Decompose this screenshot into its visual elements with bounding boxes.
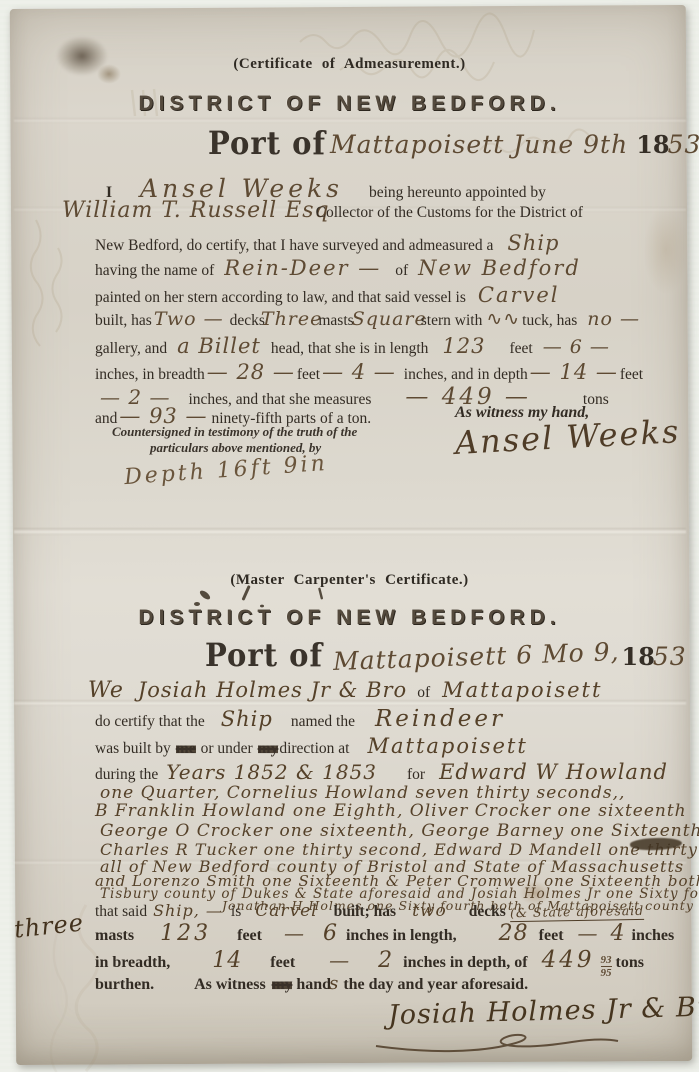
cert1-district-heading: DISTRICT OF NEW BEDFORD. (0, 92, 699, 116)
cert2-line5: that said Ship, — is Carvel built; has t… (95, 901, 644, 921)
owners-line: one Quarter, Cornelius Howland seven thi… (100, 783, 625, 803)
cert2-line4: during the Years 1852 & 1853 for Edward … (95, 760, 668, 784)
printed-text: As witness (194, 976, 266, 994)
printed-text: feet (620, 366, 643, 384)
owner-name: Edward W Howland (439, 760, 668, 784)
struck-word: me (176, 740, 196, 758)
printed-text: feet (539, 927, 564, 945)
build-type: Carvel (478, 283, 560, 307)
breadth-feet: 28 (499, 921, 529, 946)
printed-text: feet (509, 340, 532, 358)
mast-count: Three (261, 308, 322, 330)
home-port: New Bedford (418, 256, 581, 280)
build-years: Years 1852 & 1853 (166, 760, 377, 784)
printed-text: in breadth, (95, 954, 170, 972)
printed-text: masts (95, 927, 134, 945)
stern-type: Square (352, 308, 427, 330)
printed-text: feet (297, 366, 320, 384)
printed-text: for (407, 766, 425, 784)
port-name: Mattapoisett June 9th (330, 130, 628, 159)
owners-line: B Franklin Howland one Eighth, Oliver Cr… (95, 801, 687, 821)
depth-feet: — 14 — (530, 360, 618, 384)
plural-s: s (329, 973, 339, 994)
fraction-numerator: 93 (601, 955, 612, 966)
printed-text: direction at (279, 740, 349, 758)
port-name: Mattapoisett 6 Mo 9, (333, 637, 620, 676)
vessel-type: Ship (221, 707, 273, 731)
collector-name: William T. Russell Esq (62, 198, 330, 223)
tonnage-value: 449 (542, 947, 595, 973)
we-word: We (88, 678, 124, 703)
breadth-inches: — 4 — (322, 360, 396, 384)
printed-text: tons (616, 954, 644, 972)
length-inches: 6 (323, 921, 338, 946)
printed-text: tuck, has (522, 312, 577, 330)
printed-text: hand (296, 976, 331, 994)
cert2-district-heading: DISTRICT OF NEW BEDFORD. (0, 606, 699, 630)
depth-inches: 2 (378, 948, 393, 973)
cert2-line6: masts 123 feet — 6 inches in length, 28 … (95, 921, 674, 946)
cert1-line3: New Bedford, do certify, that I have sur… (95, 231, 559, 255)
printed-text: built; has (334, 903, 396, 921)
head-type: a Billet (177, 334, 261, 358)
printed-text: having the name of (95, 262, 214, 280)
printed-text: decks (469, 903, 506, 921)
year-handwritten: 53 (653, 642, 687, 671)
printed-text: gallery, and (95, 340, 167, 358)
length-feet: 123 (160, 921, 211, 946)
printed-text: that said (95, 903, 147, 921)
cert1-port-line: Port of Mattapoisett June 9th 18 53 (208, 126, 699, 160)
printed-text: was built by (95, 740, 171, 758)
cert2-port-line: Port of Mattapoisett 6 Mo 9, 18 53 (205, 638, 687, 672)
cert1-line2: William T. Russell Esq Collector of the … (62, 198, 583, 223)
year-printed: 18 (636, 130, 669, 159)
printed-text: during the (95, 766, 158, 784)
struck-word: my (258, 740, 279, 758)
printed-text: inches, in breadth (95, 366, 205, 384)
cert1-line7: gallery, and a Billet head, that she is … (95, 334, 610, 358)
printed-text: inches (632, 927, 675, 945)
fraction-denominator: 95 (601, 966, 612, 979)
countersigned-line1: Countersigned in testimony of the truth … (112, 424, 357, 440)
vessel-name: Reindeer (375, 706, 505, 732)
printed-text: masts (318, 312, 353, 330)
builder-name: Josiah Holmes Jr & Bro (138, 678, 407, 702)
printed-text: New Bedford, do certify, that I have sur… (95, 237, 493, 255)
cert2-title: (Master Carpenter's Certificate.) (0, 572, 699, 589)
cert2-line8: burthen. As witness my hand s the day an… (95, 973, 528, 994)
cert1-line4: having the name of Rein-Deer — of New Be… (95, 256, 581, 280)
build-type: Carvel (255, 901, 317, 921)
deck-count: two (412, 901, 447, 921)
dash: — (284, 921, 305, 945)
tuck-squiggle: ∿∿ (486, 308, 520, 330)
printed-text: painted on her stern according to law, a… (95, 289, 466, 307)
printed-text: or under (201, 740, 253, 758)
handwritten-owners: one Quarter, Cornelius Howland seven thi… (100, 783, 625, 803)
port-of-label: Port of (205, 637, 323, 674)
builder-place: Mattapoisett (442, 678, 602, 702)
cert2-line3: was built by me or under my direction at… (95, 734, 528, 758)
year-printed: 18 (622, 642, 655, 671)
fold-crease (14, 118, 686, 123)
document-scan: (Certificate of Admeasurement.) DISTRICT… (0, 0, 699, 1072)
cert2-signature-wrap: Josiah Holmes Jr & Bro, (388, 1000, 699, 1031)
length-feet: 123 (442, 334, 485, 358)
cert1-line6: built, has Two — decks Three masts Squar… (95, 308, 640, 330)
dash: — (329, 948, 350, 972)
gallery-answer: no — (587, 308, 640, 330)
breadth-inches: 4 (611, 921, 626, 946)
year-handwritten: 53 (668, 130, 699, 159)
build-place: Mattapoisett (367, 734, 527, 758)
owners-line: George O Crocker one sixteenth, George B… (100, 821, 699, 841)
printed-text: inches in length, (346, 927, 457, 945)
printed-text: Collector of the Customs for the Distric… (316, 204, 583, 222)
cert2-line2: do certify that the Ship named the Reind… (95, 706, 505, 732)
printed-text: is (231, 903, 241, 921)
dash: — (578, 921, 599, 945)
printed-text: burthen. (95, 976, 154, 994)
deck-count: Two — (154, 308, 224, 330)
printed-text: feet (270, 954, 295, 972)
port-of-label: Port of (208, 125, 326, 162)
printed-text: decks (230, 312, 265, 330)
state-aforesaid-note: (& State aforesaid (510, 903, 645, 922)
cert1-line8: inches, in breadth — 28 — feet — 4 — inc… (95, 360, 643, 384)
cert1-signature-wrap: Ansel Weeks (455, 424, 680, 462)
cert1-line5: painted on her stern according to law, a… (95, 283, 560, 307)
struck-word: my (272, 976, 293, 994)
vessel-type: Ship, — (153, 901, 223, 920)
handwritten-owners: George O Crocker one sixteenth, George B… (100, 821, 699, 841)
printed-text: inches, and in depth (404, 366, 528, 384)
printed-text: of (417, 684, 430, 702)
printed-text: the day and year aforesaid. (343, 976, 528, 994)
printed-text: head, that she is in length (271, 340, 429, 358)
cert2-line1: We Josiah Holmes Jr & Bro of Mattapoiset… (88, 678, 602, 703)
tonnage-fraction: 93 95 (601, 955, 612, 979)
printed-text: stern with (421, 312, 483, 330)
signature-flourish (372, 1028, 622, 1060)
breadth-feet: — 28 — (207, 360, 295, 384)
printed-text: inches in depth, of (403, 954, 527, 972)
cert1-title: (Certificate of Admeasurement.) (0, 56, 699, 73)
printed-text: built, has (95, 312, 152, 330)
depth-feet: 14 (212, 948, 242, 973)
handwritten-owners: B Franklin Howland one Eighth, Oliver Cr… (95, 801, 687, 821)
printed-text: do certify that the (95, 713, 205, 731)
printed-text: feet (237, 927, 262, 945)
fold-crease (14, 528, 686, 535)
vessel-type: Ship (507, 231, 559, 255)
vessel-name: Rein-Deer — (224, 256, 381, 280)
printed-text: named the (291, 713, 355, 731)
length-inches: — 6 — (543, 336, 610, 358)
printed-text: of (395, 262, 408, 280)
